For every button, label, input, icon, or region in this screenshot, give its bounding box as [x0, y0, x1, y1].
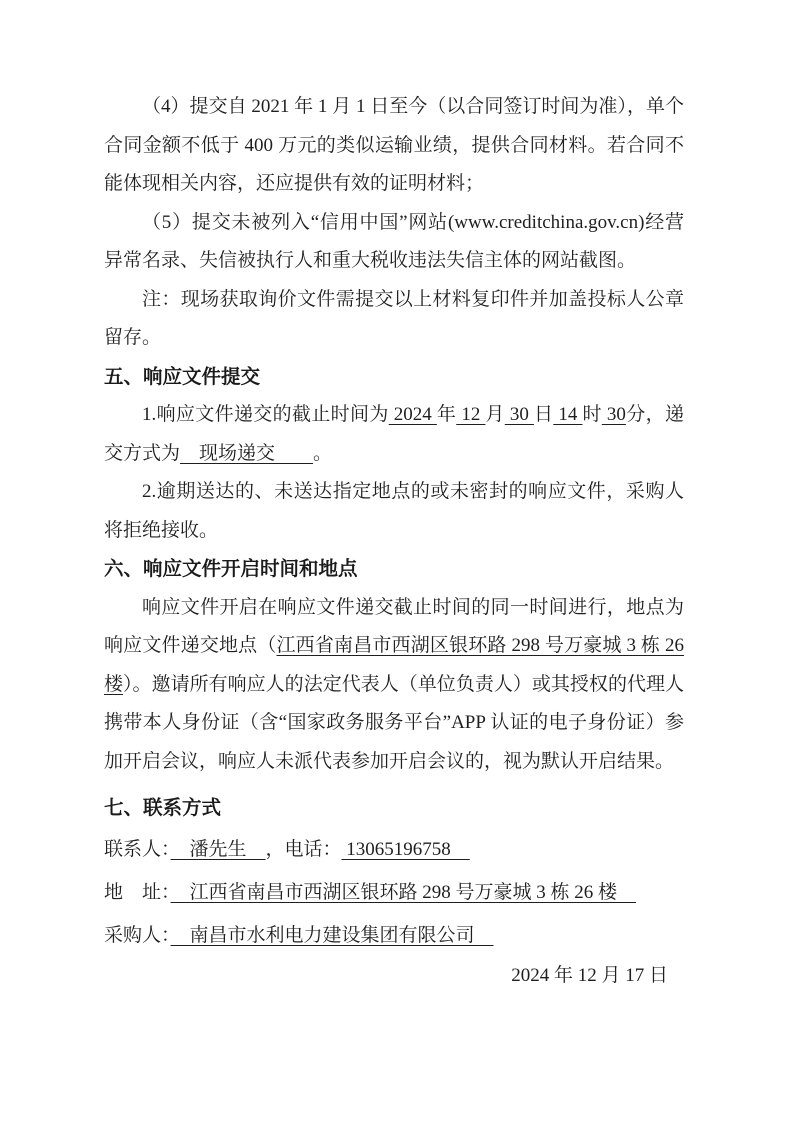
section-7-heading: 七、联系方式	[104, 789, 684, 828]
phone-value: 13065196758	[342, 839, 470, 860]
deadline-hour-value: 14	[553, 404, 582, 425]
address-row: 地 址： 江西省南昌市西湖区银环路 298 号万豪城 3 栋 26 楼	[104, 871, 684, 914]
paragraph-note: 注：现场获取询价文件需提交以上材料复印件并加盖投标人公章留存。	[104, 281, 684, 358]
section-5-heading: 五、响应文件提交	[104, 358, 684, 397]
deadline-suffix-text: 。	[313, 443, 332, 464]
contact-person-row: 联系人： 潘先生 ，电话： 13065196758	[104, 828, 684, 871]
deadline-day-value: 30	[505, 404, 534, 425]
purchaser-label: 采购人：	[104, 925, 171, 946]
deadline-minute-value: 30	[602, 404, 626, 425]
address-value: 江西省南昌市西湖区银环路 298 号万豪城 3 栋 26 楼	[171, 882, 637, 903]
day-unit-text: 日	[534, 404, 553, 425]
deadline-year-value: 2024	[389, 404, 437, 425]
section-6-heading: 六、响应文件开启时间和地点	[104, 550, 684, 589]
paragraph-item-2: 2.逾期送达的、未送达指定地点的或未密封的响应文件，采购人将拒绝接收。	[104, 473, 684, 550]
purchaser-value: 南昌市水利电力建设集团有限公司	[171, 925, 494, 946]
contact-person-label: 联系人：	[104, 839, 171, 860]
purchaser-row: 采购人： 南昌市水利电力建设集团有限公司	[104, 914, 684, 957]
year-unit-text: 年	[437, 404, 456, 425]
deadline-paragraph: 1.响应文件递交的截止时间为 2024 年 12 月 30 日 14 时 30分…	[104, 396, 684, 473]
month-unit-text: 月	[485, 404, 504, 425]
deadline-prefix-text: 1.响应文件递交的截止时间为	[142, 404, 389, 425]
document-page: （4）提交自 2021 年 1 月 1 日至今（以合同签订时间为准），单个合同金…	[0, 0, 800, 1132]
hour-unit-text: 时	[582, 404, 601, 425]
opening-text-part2: ）。邀请所有响应人的法定代表人（单位负责人）或其授权的代理人携带本人身份证（含“…	[104, 674, 684, 772]
phone-label: ，电话：	[266, 839, 342, 860]
opening-paragraph: 响应文件开启在响应文件递交截止时间的同一时间进行，地点为响应文件递交地点（江西省…	[104, 589, 684, 782]
delivery-method-value: 现场递交	[180, 443, 313, 464]
contact-person-value: 潘先生	[171, 839, 266, 860]
address-label: 地 址：	[104, 882, 171, 903]
deadline-month-value: 12	[456, 404, 485, 425]
paragraph-item-4: （4）提交自 2021 年 1 月 1 日至今（以合同签订时间为准），单个合同金…	[104, 88, 684, 204]
paragraph-item-5: （5）提交未被列入“信用中国”网站(www.creditchina.gov.cn…	[104, 204, 684, 281]
document-date: 2024 年 12 月 17 日	[104, 957, 684, 996]
